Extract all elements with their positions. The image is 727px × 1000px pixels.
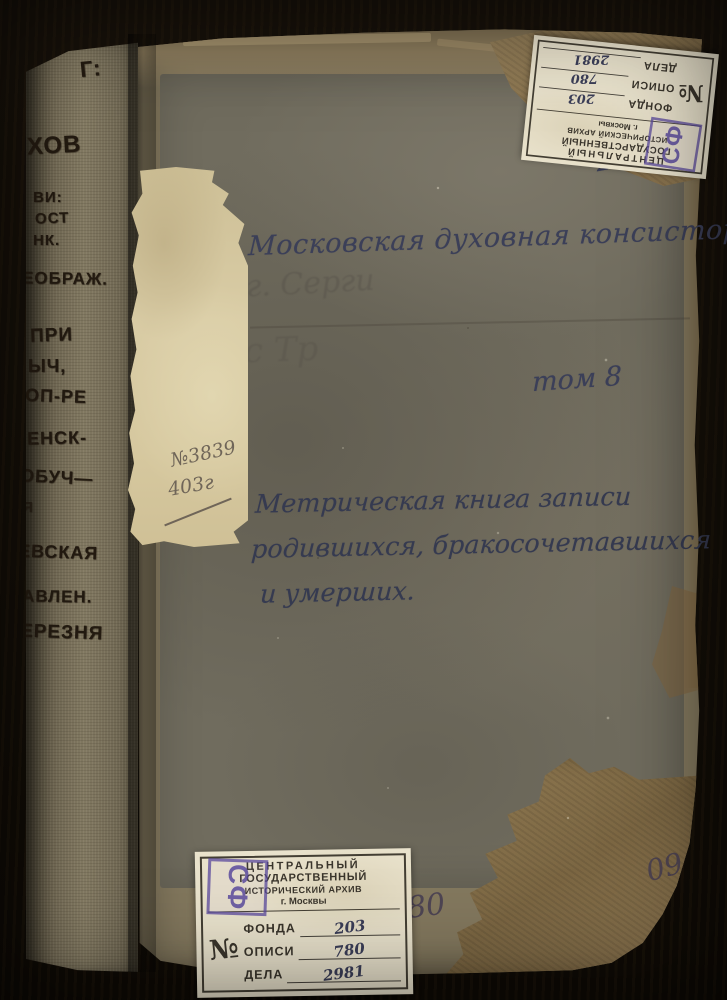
faded-pencil-inscription: г. Серги [245, 263, 375, 305]
spine-inscription: НК. [33, 232, 60, 249]
spine-inscription: ПРИ [30, 324, 74, 347]
delo-label: ДЕЛА [244, 967, 283, 984]
label-year-inscription: 403г [166, 471, 215, 501]
fond-value-line: 203 [300, 911, 401, 937]
sf-stamp: СФ [644, 117, 702, 173]
spine-inscription: ЕРЕЗНЯ [20, 621, 104, 646]
archive-label-bottom: ЦЕНТРАЛЬНЫЙ ГОСУДАРСТВЕННЫЙ ИСТОРИЧЕСКИЙ… [195, 848, 414, 998]
spine-inscription: ОП-РЕ [25, 385, 88, 408]
sf-stamp-text: СФ [656, 123, 689, 166]
archive-fields-block: № ФОНДА 203 ОПИСИ 780 ДЕЛА 2981 [208, 908, 401, 984]
delo-row: ДЕЛА 2981 [244, 958, 401, 984]
delo-value-line: 2981 [287, 957, 401, 983]
book-spine: Г: ХОВ ВИ: ОСТ НК. ЕОБРАЖ. ПРИ ЫЧ, ОП-РЕ… [26, 40, 138, 972]
spine-inscription: Г: [79, 55, 103, 83]
fond-value: 203 [333, 916, 366, 938]
spine-inscription: ЕНСК- [27, 427, 87, 449]
sf-stamp: СФ [206, 858, 268, 916]
archival-book-cover-photo: Г: ХОВ ВИ: ОСТ НК. ЕОБРАЖ. ПРИ ЫЧ, ОП-РЕ… [0, 0, 727, 1000]
spine-inscription: ЫЧ, [28, 356, 66, 377]
description-line: и умерших. [259, 563, 713, 618]
delo-label: ДЕЛА [642, 58, 677, 75]
opis-value-line: 780 [298, 934, 400, 960]
volume-inscription: том 8 [532, 361, 622, 398]
fond-label: ФОНДА [243, 921, 296, 938]
numero-sign: № [678, 79, 704, 106]
opis-value: 780 [333, 939, 366, 961]
delo-value: 2981 [573, 52, 609, 67]
archive-label-top: ЦЕНТРАЛЬНЫЙ ГОСУДАРСТВЕННЫЙ ИСТОРИЧЕСКИЙ… [521, 35, 719, 179]
spine-inscription: ХОВ [26, 131, 82, 162]
spine-inscription: ВИ: [33, 189, 63, 206]
spine-inscription: ОБУЧ— [20, 465, 94, 490]
spine-inscription: ОСТ [35, 209, 70, 227]
numero-sign: № [208, 933, 240, 967]
opis-value: 780 [570, 71, 597, 86]
spine-inscription: ЕВСКАЯ [18, 541, 99, 565]
torn-paper-label: №3839 403г [128, 167, 248, 547]
label-number-inscription: №3839 [168, 436, 237, 471]
fond-value: 203 [568, 91, 595, 106]
spine-inscription: Я [22, 499, 34, 516]
spine-inscription: АВЛЕН. [22, 586, 93, 607]
spine-inscription: ЕОБРАЖ. [22, 268, 108, 289]
delo-value: 2981 [322, 962, 366, 985]
faded-pencil-inscription: с Тр [243, 329, 319, 372]
pencil-underline-stroke [164, 498, 232, 527]
sf-stamp-text: СФ [221, 864, 255, 911]
description-inscription: Метрическая книга записи родившихся, бра… [255, 473, 713, 618]
